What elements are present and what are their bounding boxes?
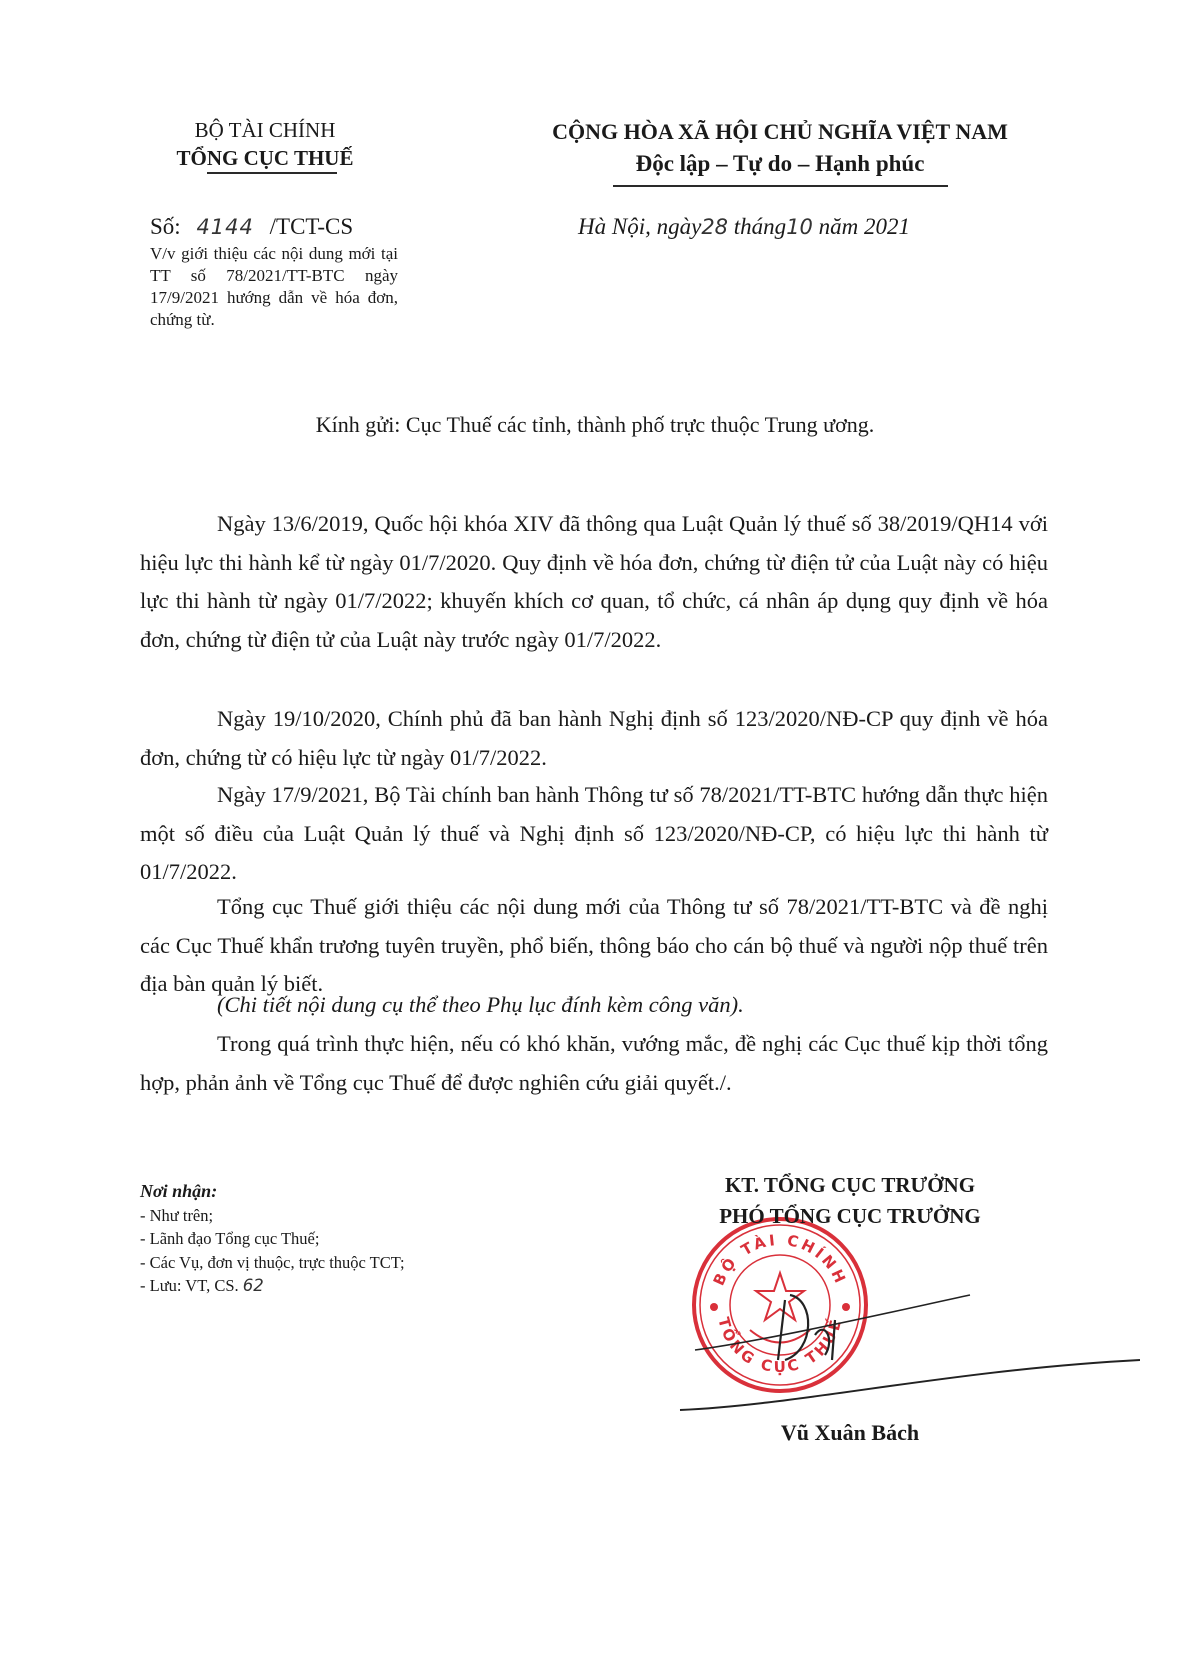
national-heading: CỘNG HÒA XÃ HỘI CHỦ NGHĨA VIỆT NAM Độc l… xyxy=(520,116,1040,180)
body-paragraph: Trong quá trình thực hiện, nếu có khó kh… xyxy=(140,1025,1048,1102)
appendix-note: (Chi tiết nội dung cụ thể theo Phụ lục đ… xyxy=(140,986,1048,1025)
document-number: Số: 4144 /TCT-CS xyxy=(150,214,353,240)
agency-name: TỔNG CỤC THUẾ xyxy=(140,144,390,172)
recipient-item: - Lưu: VT, CS. 62 xyxy=(140,1274,405,1298)
body-paragraph: Ngày 17/9/2021, Bộ Tài chính ban hành Th… xyxy=(140,776,1048,892)
number-suffix: /TCT-CS xyxy=(270,214,354,239)
place-prefix: Hà Nội, ngày xyxy=(578,214,701,239)
signature-line-2: PHÓ TỔNG CỤC TRƯỞNG xyxy=(640,1201,1060,1232)
recipient-item: - Các Vụ, đơn vị thuộc, trực thuộc TCT; xyxy=(140,1251,405,1275)
signer-name: Vũ Xuân Bách xyxy=(700,1420,1000,1446)
signature-title: KT. TỔNG CỤC TRƯỞNG PHÓ TỔNG CỤC TRƯỞNG xyxy=(640,1170,1060,1232)
month-handwritten: 10 xyxy=(786,215,813,239)
recipients-list: Nơi nhận: - Như trên; - Lãnh đạo Tổng cụ… xyxy=(140,1180,405,1298)
number-label: Số: xyxy=(150,214,181,239)
recipients-title: Nơi nhận: xyxy=(140,1180,405,1204)
copies-handwritten: 62 xyxy=(243,1276,264,1295)
ministry-name: BỘ TÀI CHÍNH xyxy=(140,116,390,144)
year-text: năm 2021 xyxy=(819,214,910,239)
document-subject: V/v giới thiệu các nội dung mới tại TT s… xyxy=(150,243,398,331)
handwritten-signature-icon xyxy=(650,1260,1140,1440)
day-handwritten: 28 xyxy=(701,215,728,239)
recipient-item: - Như trên; xyxy=(140,1204,405,1228)
signature-line-1: KT. TỔNG CỤC TRƯỞNG xyxy=(640,1170,1060,1201)
greeting: Kính gửi: Cục Thuế các tỉnh, thành phố t… xyxy=(0,412,1190,438)
number-handwritten: 4144 xyxy=(196,215,253,239)
agency-underline xyxy=(207,172,337,174)
month-label: tháng xyxy=(734,214,786,239)
issuing-agency: BỘ TÀI CHÍNH TỔNG CỤC THUẾ xyxy=(140,116,390,172)
recipient-item: - Lãnh đạo Tổng cục Thuế; xyxy=(140,1227,405,1251)
nation-title: CỘNG HÒA XÃ HỘI CHỦ NGHĨA VIỆT NAM xyxy=(520,116,1040,148)
body-paragraph: Ngày 13/6/2019, Quốc hội khóa XIV đã thô… xyxy=(140,505,1048,659)
body-paragraph: Ngày 19/10/2020, Chính phủ đã ban hành N… xyxy=(140,700,1048,777)
motto-underline xyxy=(613,185,948,187)
place-date: Hà Nội, ngày28 tháng10 năm 2021 xyxy=(578,214,910,240)
nation-motto: Độc lập – Tự do – Hạnh phúc xyxy=(520,148,1040,180)
